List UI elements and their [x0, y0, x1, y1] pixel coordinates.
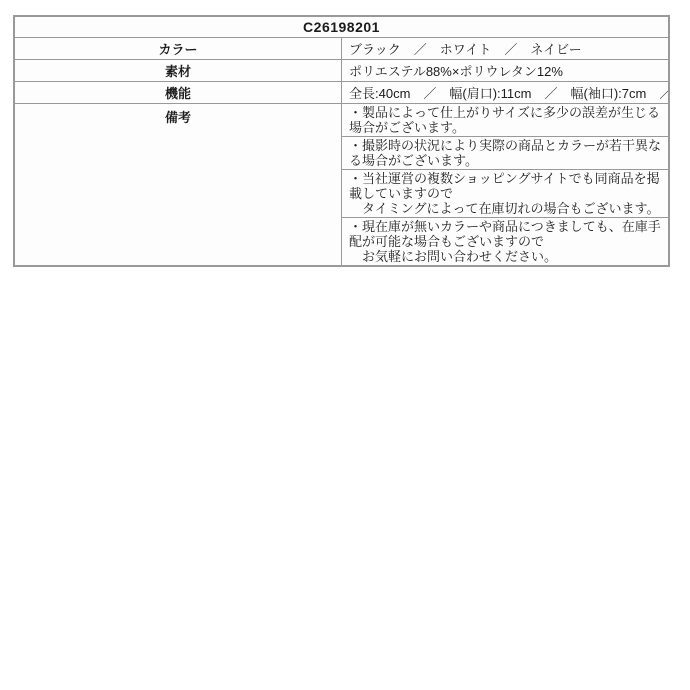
spec-row-material: 素材 ポリエステル88%×ポリウレタン12% — [14, 60, 669, 82]
note-item-4: ・現在庫が無いカラーや商品につきましても、在庫手配が可能な場合もございますので … — [342, 218, 670, 267]
spec-row-color: カラー ブラック ／ ホワイト ／ ネイビー — [14, 38, 669, 60]
product-code: C26198201 — [14, 16, 669, 38]
function-row-label: 機能 — [14, 82, 342, 104]
material-row-value: ポリエステル88%×ポリウレタン12% — [342, 60, 670, 82]
note-item-1: ・製品によって仕上がりサイズに多少の誤差が生じる場合がございます。 — [342, 104, 670, 137]
product-code-row: C26198201 — [14, 16, 669, 38]
color-row-label: カラー — [14, 38, 342, 60]
note-item-2: ・撮影時の状況により実際の商品とカラーが若干異なる場合がございます。 — [342, 137, 670, 170]
color-row-value: ブラック ／ ホワイト ／ ネイビー — [342, 38, 670, 60]
note-item-3: ・当社運営の複数ショッピングサイトでも同商品を掲載していますので タイミングによ… — [342, 170, 670, 218]
notes-row-label: 備考 — [14, 104, 342, 267]
function-row-value: 全長:40cm ／ 幅(肩口):11cm ／ 幅(袖口):7cm ／ 吸汗速乾性… — [342, 82, 670, 104]
material-row-label: 素材 — [14, 60, 342, 82]
spec-row-function: 機能 全長:40cm ／ 幅(肩口):11cm ／ 幅(袖口):7cm ／ 吸汗… — [14, 82, 669, 104]
product-spec-table: C26198201 カラー ブラック ／ ホワイト ／ ネイビー 素材 ポリエス… — [13, 15, 670, 267]
notes-row-1: 備考 ・製品によって仕上がりサイズに多少の誤差が生じる場合がございます。 — [14, 104, 669, 137]
